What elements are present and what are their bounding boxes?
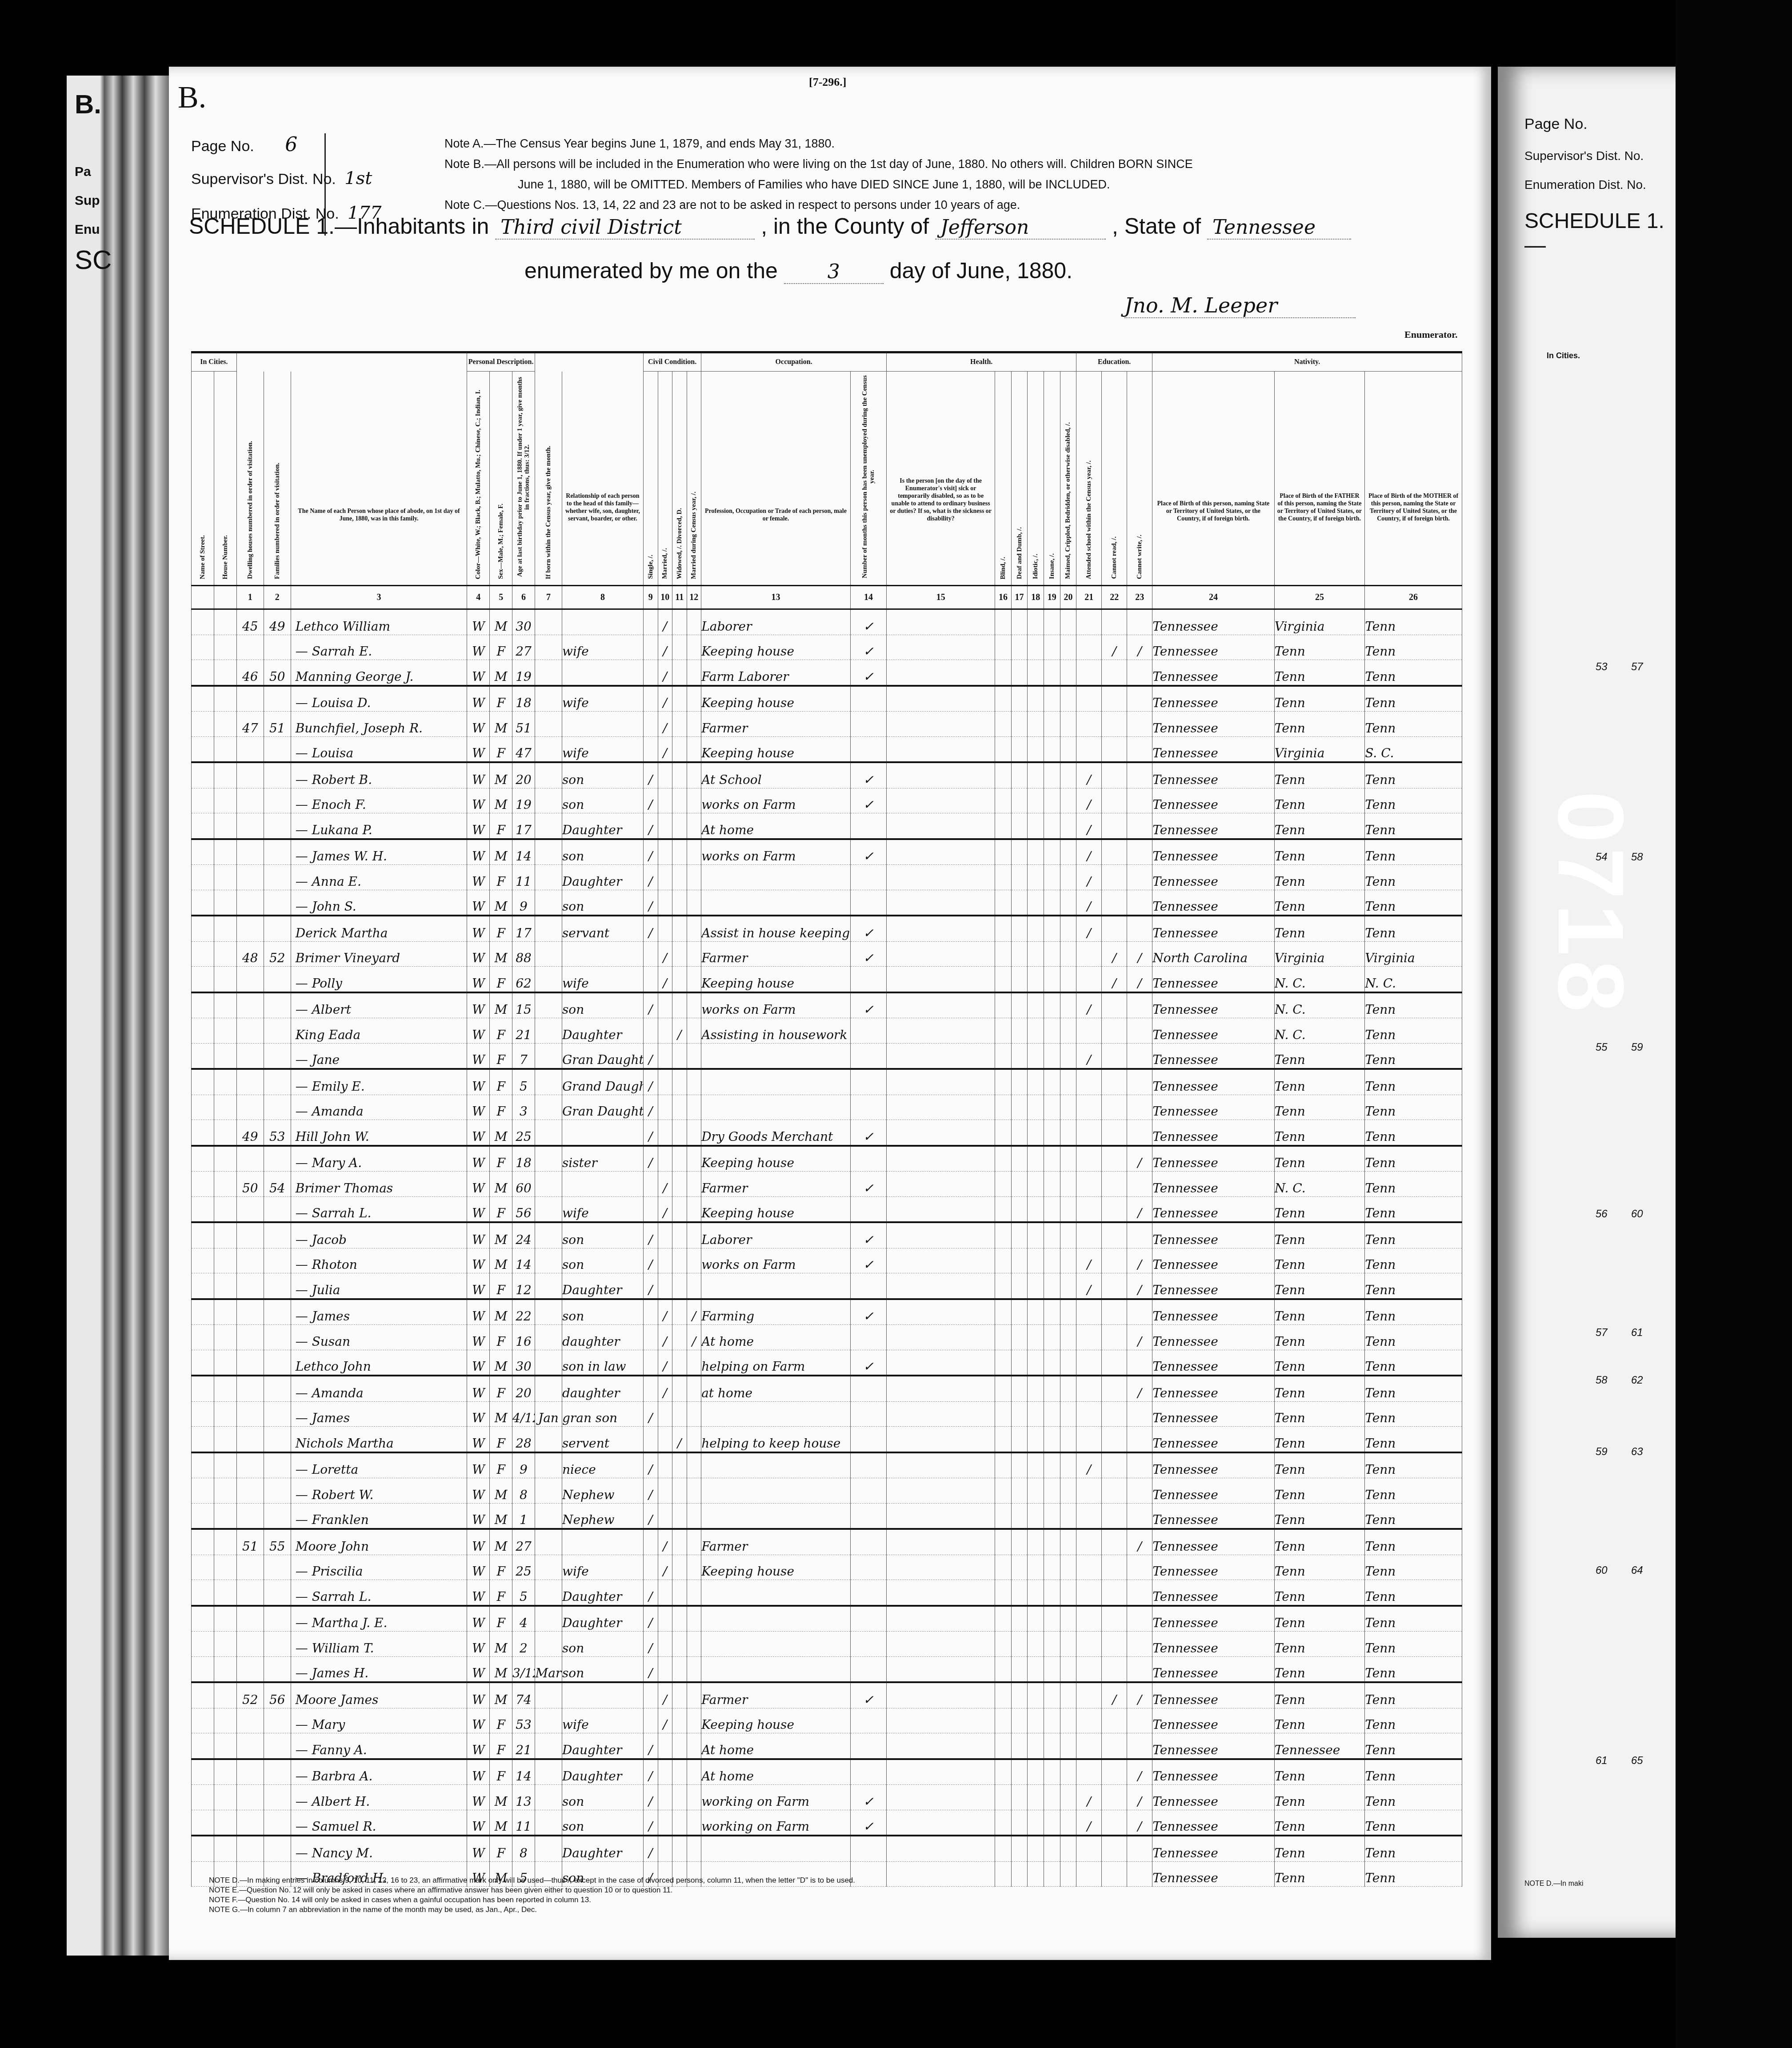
cell-married-mark bbox=[658, 1580, 672, 1606]
cell-sex: M bbox=[490, 1810, 512, 1836]
cell-birth-month bbox=[535, 660, 562, 686]
cell-mother-birthplace: N. C. bbox=[1365, 967, 1462, 992]
cell-cannot-read-mark bbox=[1102, 1427, 1127, 1452]
cell-birthplace: Tennessee bbox=[1152, 1606, 1275, 1632]
cell-cannot-read-mark bbox=[1102, 686, 1127, 712]
cell-birthplace: Tennessee bbox=[1152, 1146, 1275, 1172]
cell-mother-birthplace: Tenn bbox=[1365, 1043, 1462, 1069]
cell-maimed bbox=[1060, 1350, 1076, 1376]
cell-widowed-mark bbox=[672, 1759, 687, 1785]
left-stub-label: Sup bbox=[75, 193, 100, 208]
cell-house bbox=[214, 1656, 236, 1682]
cell-cannot-write-mark bbox=[1127, 992, 1152, 1018]
cell-attended-school-mark: / bbox=[1076, 839, 1102, 865]
cell-family-number bbox=[264, 813, 291, 839]
cell-unemployed-mark: ✓ bbox=[850, 839, 886, 865]
col-header-birthplace: Place of Birth of this person, naming St… bbox=[1152, 372, 1275, 586]
cell-cannot-read-mark: / bbox=[1102, 1682, 1127, 1708]
cell-house bbox=[214, 992, 236, 1018]
cell-married-mark: / bbox=[658, 635, 672, 660]
cell-cannot-write-mark bbox=[1127, 686, 1152, 712]
cell-sickness bbox=[887, 762, 995, 788]
cell-deaf-dumb bbox=[1011, 1325, 1028, 1350]
inhabitants-in-value: Third civil District bbox=[495, 216, 755, 240]
cell-birthplace: Tennessee bbox=[1152, 1836, 1275, 1861]
cell-age: 4/12 bbox=[512, 1401, 535, 1427]
cell-age: 25 bbox=[512, 1555, 535, 1580]
cell-dwelling-number bbox=[236, 1325, 264, 1350]
cell-widowed-mark bbox=[672, 1632, 687, 1657]
cell-deaf-dumb bbox=[1011, 788, 1028, 813]
cell-birth-month bbox=[535, 1146, 562, 1172]
cell-color: W bbox=[467, 635, 490, 660]
cell-maimed bbox=[1060, 1708, 1076, 1733]
cell-mother-birthplace: Tenn bbox=[1365, 712, 1462, 737]
cell-married-mark bbox=[658, 1632, 672, 1657]
cell-attended-school-mark bbox=[1076, 1478, 1102, 1504]
cell-widowed-mark bbox=[672, 967, 687, 992]
cell-sex: M bbox=[490, 1656, 512, 1682]
cell-house bbox=[214, 1529, 236, 1555]
cell-cannot-read-mark bbox=[1102, 660, 1127, 686]
cell-street bbox=[192, 1503, 214, 1529]
cell-color: W bbox=[467, 609, 490, 635]
cell-widowed-mark bbox=[672, 1452, 687, 1478]
cell-color: W bbox=[467, 1580, 490, 1606]
cell-relationship: Daughter bbox=[562, 865, 643, 890]
cell-married-during-year-mark bbox=[687, 1018, 701, 1044]
cell-birth-month bbox=[535, 609, 562, 635]
instructions-notes: Note A.—The Census Year begins June 1, 1… bbox=[444, 133, 1467, 215]
cell-street bbox=[192, 941, 214, 967]
cell-cannot-read-mark bbox=[1102, 1325, 1127, 1350]
cell-idiotic bbox=[1028, 1656, 1044, 1682]
cell-married-during-year-mark bbox=[687, 1555, 701, 1580]
col-header-attended-school: Attended school within the Census year, … bbox=[1076, 372, 1102, 586]
cell-sex: F bbox=[490, 1836, 512, 1861]
cell-married-during-year-mark bbox=[687, 1095, 701, 1120]
cell-blind bbox=[995, 1427, 1012, 1452]
cell-idiotic bbox=[1028, 1708, 1044, 1733]
cell-unemployed-mark bbox=[850, 813, 886, 839]
cell-relationship: Daughter bbox=[562, 1836, 643, 1861]
cell-blind bbox=[995, 1580, 1012, 1606]
cell-single-mark: / bbox=[643, 1146, 658, 1172]
cell-color: W bbox=[467, 762, 490, 788]
cell-father-birthplace: Tenn bbox=[1274, 865, 1364, 890]
cell-married-mark: / bbox=[658, 1196, 672, 1222]
cell-occupation bbox=[701, 1632, 851, 1657]
cell-married-mark bbox=[658, 1503, 672, 1529]
cell-mother-birthplace: Tenn bbox=[1365, 1196, 1462, 1222]
cell-family-number: 51 bbox=[264, 712, 291, 737]
cell-color: W bbox=[467, 941, 490, 967]
cell-widowed-mark bbox=[672, 1733, 687, 1759]
cell-relationship: gran son bbox=[562, 1401, 643, 1427]
county-label: , in the County of bbox=[761, 214, 929, 239]
cell-color: W bbox=[467, 1325, 490, 1350]
cell-age: 14 bbox=[512, 839, 535, 865]
note-a: Note A.—The Census Year begins June 1, 1… bbox=[444, 133, 1467, 154]
col-header-blind: Blind, /. bbox=[995, 372, 1012, 586]
cell-attended-school-mark: / bbox=[1076, 1248, 1102, 1273]
cell-sickness bbox=[887, 1172, 995, 1197]
cell-father-birthplace: Tenn bbox=[1274, 916, 1364, 941]
cell-mother-birthplace: Tenn bbox=[1365, 1018, 1462, 1044]
state-label: , State of bbox=[1112, 214, 1201, 239]
cell-house bbox=[214, 1632, 236, 1657]
table-row: — Albert H.WM13son/working on Farm✓//Ten… bbox=[192, 1785, 1462, 1810]
cell-idiotic bbox=[1028, 1069, 1044, 1095]
cell-age: 2 bbox=[512, 1632, 535, 1657]
cell-occupation: working on Farm bbox=[701, 1810, 851, 1836]
cell-single-mark bbox=[643, 941, 658, 967]
cell-cannot-read-mark bbox=[1102, 1196, 1127, 1222]
cell-insane bbox=[1044, 609, 1060, 635]
cell-birthplace: Tennessee bbox=[1152, 1248, 1275, 1273]
cell-birth-month bbox=[535, 1248, 562, 1273]
column-number-row: 12 34 56 78 910 1112 1314 1516 1718 1920… bbox=[192, 586, 1462, 609]
cell-insane bbox=[1044, 1401, 1060, 1427]
cell-married-mark bbox=[658, 1095, 672, 1120]
cell-sickness bbox=[887, 1606, 995, 1632]
cell-insane bbox=[1044, 890, 1060, 916]
cell-single-mark: / bbox=[643, 1632, 658, 1657]
cell-street bbox=[192, 686, 214, 712]
cell-widowed-mark bbox=[672, 762, 687, 788]
cell-house bbox=[214, 660, 236, 686]
cell-occupation: Laborer bbox=[701, 1222, 851, 1248]
cell-single-mark: / bbox=[643, 1580, 658, 1606]
cell-birth-month bbox=[535, 1606, 562, 1632]
cell-single-mark: / bbox=[643, 1810, 658, 1836]
cell-dwelling-number: 50 bbox=[236, 1172, 264, 1197]
cell-attended-school-mark bbox=[1076, 1733, 1102, 1759]
cell-attended-school-mark: / bbox=[1076, 1810, 1102, 1836]
supervisor-dist-label: Supervisor's Dist. No. bbox=[191, 171, 336, 188]
col-header-dwelling: Dwelling houses numbered in order of vis… bbox=[236, 372, 264, 586]
cell-married-during-year-mark bbox=[687, 1836, 701, 1861]
cell-house bbox=[214, 736, 236, 762]
cell-insane bbox=[1044, 1043, 1060, 1069]
cell-widowed-mark bbox=[672, 1376, 687, 1401]
cell-married-during-year-mark bbox=[687, 1350, 701, 1376]
cell-maimed bbox=[1060, 992, 1076, 1018]
cell-age: 9 bbox=[512, 1452, 535, 1478]
group-education: Education. bbox=[1076, 353, 1152, 372]
cell-cannot-read-mark bbox=[1102, 1606, 1127, 1632]
cell-color: W bbox=[467, 736, 490, 762]
cell-married-mark bbox=[658, 865, 672, 890]
cell-age: 21 bbox=[512, 1018, 535, 1044]
cell-sickness bbox=[887, 1632, 995, 1657]
cell-family-number bbox=[264, 1069, 291, 1095]
cell-dwelling-number: 52 bbox=[236, 1682, 264, 1708]
cell-relationship bbox=[562, 712, 643, 737]
cell-sex: F bbox=[490, 1427, 512, 1452]
cell-family-number bbox=[264, 890, 291, 916]
cell-relationship: wife bbox=[562, 635, 643, 660]
cell-single-mark: / bbox=[643, 1478, 658, 1504]
cell-street bbox=[192, 1555, 214, 1580]
cell-mother-birthplace: Tenn bbox=[1365, 1861, 1462, 1887]
cell-single-mark: / bbox=[643, 788, 658, 813]
cell-unemployed-mark: ✓ bbox=[850, 1120, 886, 1146]
cell-house bbox=[214, 1759, 236, 1785]
cell-widowed-mark bbox=[672, 1555, 687, 1580]
table-row: Lethco JohnWM30son in law/helping on Far… bbox=[192, 1350, 1462, 1376]
cell-widowed-mark bbox=[672, 916, 687, 941]
cell-cannot-write-mark: / bbox=[1127, 1529, 1152, 1555]
cell-unemployed-mark: ✓ bbox=[850, 1350, 886, 1376]
cell-relationship bbox=[562, 1120, 643, 1146]
cell-father-birthplace: Tenn bbox=[1274, 1785, 1364, 1810]
cell-birth-month bbox=[535, 1682, 562, 1708]
cell-relationship: son bbox=[562, 1222, 643, 1248]
cell-widowed-mark bbox=[672, 1273, 687, 1299]
cell-dwelling-number bbox=[236, 1376, 264, 1401]
cell-street bbox=[192, 736, 214, 762]
cell-single-mark: / bbox=[643, 813, 658, 839]
cell-sickness bbox=[887, 1095, 995, 1120]
cell-deaf-dumb bbox=[1011, 1529, 1028, 1555]
cell-relationship bbox=[562, 1172, 643, 1197]
cell-father-birthplace: Tenn bbox=[1274, 1325, 1364, 1350]
cell-street bbox=[192, 865, 214, 890]
cell-unemployed-mark bbox=[850, 1606, 886, 1632]
cell-cannot-write-mark bbox=[1127, 1299, 1152, 1325]
cell-married-during-year-mark: / bbox=[687, 1325, 701, 1350]
left-stub-letter: B. bbox=[75, 89, 101, 120]
cell-unemployed-mark: ✓ bbox=[850, 609, 886, 635]
cell-relationship: sister bbox=[562, 1146, 643, 1172]
cell-father-birthplace: Tenn bbox=[1274, 1222, 1364, 1248]
cell-married-mark bbox=[658, 788, 672, 813]
cell-dwelling-number bbox=[236, 967, 264, 992]
cell-birthplace: Tennessee bbox=[1152, 1172, 1275, 1197]
cell-cannot-read-mark bbox=[1102, 1172, 1127, 1197]
cell-widowed-mark: / bbox=[672, 1018, 687, 1044]
cell-color: W bbox=[467, 890, 490, 916]
cell-street bbox=[192, 1529, 214, 1555]
cell-maimed bbox=[1060, 1555, 1076, 1580]
cell-family-number bbox=[264, 635, 291, 660]
cell-married-mark bbox=[658, 1733, 672, 1759]
cell-birthplace: Tennessee bbox=[1152, 1376, 1275, 1401]
cell-sickness bbox=[887, 1222, 995, 1248]
cell-unemployed-mark bbox=[850, 686, 886, 712]
cell-color: W bbox=[467, 813, 490, 839]
cell-unemployed-mark bbox=[850, 1656, 886, 1682]
table-row: — LorettaWF9niece//TennesseeTennTenn bbox=[192, 1452, 1462, 1478]
cell-single-mark bbox=[643, 967, 658, 992]
cell-family-number bbox=[264, 1836, 291, 1861]
cell-blind bbox=[995, 865, 1012, 890]
cell-age: 20 bbox=[512, 762, 535, 788]
facing-family-number: 64 bbox=[1631, 1564, 1643, 1577]
cell-family-number: 53 bbox=[264, 1120, 291, 1146]
cell-single-mark bbox=[643, 635, 658, 660]
cell-cannot-read-mark bbox=[1102, 1222, 1127, 1248]
facing-schedule-label: SCHEDULE 1.— bbox=[1524, 209, 1676, 258]
cell-cannot-write-mark: / bbox=[1127, 1759, 1152, 1785]
cell-father-birthplace: Tenn bbox=[1274, 1350, 1364, 1376]
cell-family-number bbox=[264, 1733, 291, 1759]
cell-person-name: Brimer Thomas bbox=[291, 1172, 467, 1197]
cell-birthplace: Tennessee bbox=[1152, 788, 1275, 813]
cell-unemployed-mark: ✓ bbox=[850, 788, 886, 813]
cell-age: 24 bbox=[512, 1222, 535, 1248]
cell-cannot-write-mark: / bbox=[1127, 635, 1152, 660]
cell-street bbox=[192, 788, 214, 813]
cell-house bbox=[214, 967, 236, 992]
cell-dwelling-number bbox=[236, 992, 264, 1018]
cell-deaf-dumb bbox=[1011, 1503, 1028, 1529]
cell-married-mark bbox=[658, 1043, 672, 1069]
cell-age: 25 bbox=[512, 1120, 535, 1146]
cell-attended-school-mark bbox=[1076, 1427, 1102, 1452]
cell-idiotic bbox=[1028, 635, 1044, 660]
cell-unemployed-mark bbox=[850, 1478, 886, 1504]
cell-idiotic bbox=[1028, 1095, 1044, 1120]
cell-insane bbox=[1044, 1478, 1060, 1504]
cell-maimed bbox=[1060, 1120, 1076, 1146]
cell-idiotic bbox=[1028, 609, 1044, 635]
cell-single-mark: / bbox=[643, 1503, 658, 1529]
cell-relationship: daughter bbox=[562, 1376, 643, 1401]
cell-relationship: son bbox=[562, 992, 643, 1018]
cell-deaf-dumb bbox=[1011, 1273, 1028, 1299]
cell-family-number bbox=[264, 1299, 291, 1325]
cell-insane bbox=[1044, 1452, 1060, 1478]
cell-cannot-write-mark bbox=[1127, 1708, 1152, 1733]
cell-deaf-dumb bbox=[1011, 1299, 1028, 1325]
enumeration-date: enumerated by me on the 3 day of June, 1… bbox=[524, 258, 1072, 284]
cell-married-during-year-mark bbox=[687, 1172, 701, 1197]
cell-birth-month bbox=[535, 1095, 562, 1120]
cell-blind bbox=[995, 1810, 1012, 1836]
cell-dwelling-number: 46 bbox=[236, 660, 264, 686]
cell-birthplace: Tennessee bbox=[1152, 1785, 1275, 1810]
cell-house bbox=[214, 1785, 236, 1810]
cell-idiotic bbox=[1028, 1580, 1044, 1606]
cell-cannot-write-mark: / bbox=[1127, 941, 1152, 967]
cell-father-birthplace: Tenn bbox=[1274, 890, 1364, 916]
cell-married-mark: / bbox=[658, 941, 672, 967]
cell-insane bbox=[1044, 788, 1060, 813]
cell-unemployed-mark bbox=[850, 1376, 886, 1401]
col-header-months-unemployed: Number of months this person has been un… bbox=[850, 372, 886, 586]
cell-deaf-dumb bbox=[1011, 1427, 1028, 1452]
cell-sickness bbox=[887, 1196, 995, 1222]
cell-father-birthplace: Tenn bbox=[1274, 1299, 1364, 1325]
cell-relationship: servant bbox=[562, 916, 643, 941]
cell-attended-school-mark: / bbox=[1076, 1452, 1102, 1478]
cell-sickness bbox=[887, 1273, 995, 1299]
cell-age: 19 bbox=[512, 660, 535, 686]
cell-sex: F bbox=[490, 1733, 512, 1759]
cell-person-name: — Loretta bbox=[291, 1452, 467, 1478]
cell-house bbox=[214, 1273, 236, 1299]
cell-father-birthplace: N. C. bbox=[1274, 967, 1364, 992]
cell-birth-month bbox=[535, 635, 562, 660]
cell-family-number bbox=[264, 1018, 291, 1044]
cell-cannot-read-mark bbox=[1102, 1861, 1127, 1887]
cell-married-during-year-mark bbox=[687, 839, 701, 865]
col-header-cannot-read: Cannot read, /. bbox=[1102, 372, 1127, 586]
facing-dwelling-number: 58 bbox=[1596, 1374, 1608, 1387]
cell-attended-school-mark bbox=[1076, 941, 1102, 967]
cell-widowed-mark bbox=[672, 1325, 687, 1350]
cell-married-mark bbox=[658, 1478, 672, 1504]
cell-married-during-year-mark bbox=[687, 1785, 701, 1810]
cell-birth-month bbox=[535, 1759, 562, 1785]
cell-married-mark: / bbox=[658, 1376, 672, 1401]
cell-relationship: son in law bbox=[562, 1350, 643, 1376]
cell-widowed-mark bbox=[672, 712, 687, 737]
cell-idiotic bbox=[1028, 660, 1044, 686]
cell-mother-birthplace: Tenn bbox=[1365, 1452, 1462, 1478]
cell-married-during-year-mark bbox=[687, 1632, 701, 1657]
table-row: — Nancy M.WF8Daughter/TennesseeTennTenn bbox=[192, 1836, 1462, 1861]
cell-insane bbox=[1044, 1018, 1060, 1044]
cell-house bbox=[214, 1708, 236, 1733]
cell-married-mark: / bbox=[658, 1325, 672, 1350]
cell-married-mark: / bbox=[658, 1172, 672, 1197]
cell-street bbox=[192, 1708, 214, 1733]
cell-cannot-read-mark bbox=[1102, 1478, 1127, 1504]
cell-maimed bbox=[1060, 1043, 1076, 1069]
cell-relationship: Gran Daughter bbox=[562, 1095, 643, 1120]
cell-blind bbox=[995, 1120, 1012, 1146]
cell-house bbox=[214, 890, 236, 916]
cell-married-mark bbox=[658, 1401, 672, 1427]
cell-occupation: Farming bbox=[701, 1299, 851, 1325]
col-header-name: The Name of each Person whose place of a… bbox=[291, 372, 467, 586]
cell-father-birthplace: Tenn bbox=[1274, 1632, 1364, 1657]
cell-cannot-read-mark bbox=[1102, 1632, 1127, 1657]
cell-maimed bbox=[1060, 1452, 1076, 1478]
cell-color: W bbox=[467, 1478, 490, 1504]
cell-birth-month bbox=[535, 1810, 562, 1836]
cell-color: W bbox=[467, 1682, 490, 1708]
cell-attended-school-mark: / bbox=[1076, 916, 1102, 941]
table-row: Derick MarthaWF17servant/Assist in house… bbox=[192, 916, 1462, 941]
cell-deaf-dumb bbox=[1011, 1733, 1028, 1759]
cell-insane bbox=[1044, 1555, 1060, 1580]
page-no-label: Page No. bbox=[191, 138, 254, 155]
cell-idiotic bbox=[1028, 1836, 1044, 1861]
cell-occupation: Assist in house keeping bbox=[701, 916, 851, 941]
cell-birth-month bbox=[535, 686, 562, 712]
cell-color: W bbox=[467, 1785, 490, 1810]
cell-sickness bbox=[887, 1836, 995, 1861]
cell-blind bbox=[995, 1478, 1012, 1504]
col-header-father-birthplace: Place of Birth of the FATHER of this per… bbox=[1274, 372, 1364, 586]
cell-birthplace: Tennessee bbox=[1152, 890, 1275, 916]
cell-insane bbox=[1044, 1529, 1060, 1555]
cell-house bbox=[214, 941, 236, 967]
cell-attended-school-mark bbox=[1076, 1682, 1102, 1708]
cell-widowed-mark bbox=[672, 1222, 687, 1248]
cell-street bbox=[192, 1427, 214, 1452]
cell-sex: M bbox=[490, 839, 512, 865]
col-header-family: Families numbered in order of visitation… bbox=[264, 372, 291, 586]
cell-father-birthplace: Tenn bbox=[1274, 788, 1364, 813]
cell-sickness bbox=[887, 1580, 995, 1606]
cell-father-birthplace: Tenn bbox=[1274, 1196, 1364, 1222]
cell-single-mark: / bbox=[643, 1273, 658, 1299]
